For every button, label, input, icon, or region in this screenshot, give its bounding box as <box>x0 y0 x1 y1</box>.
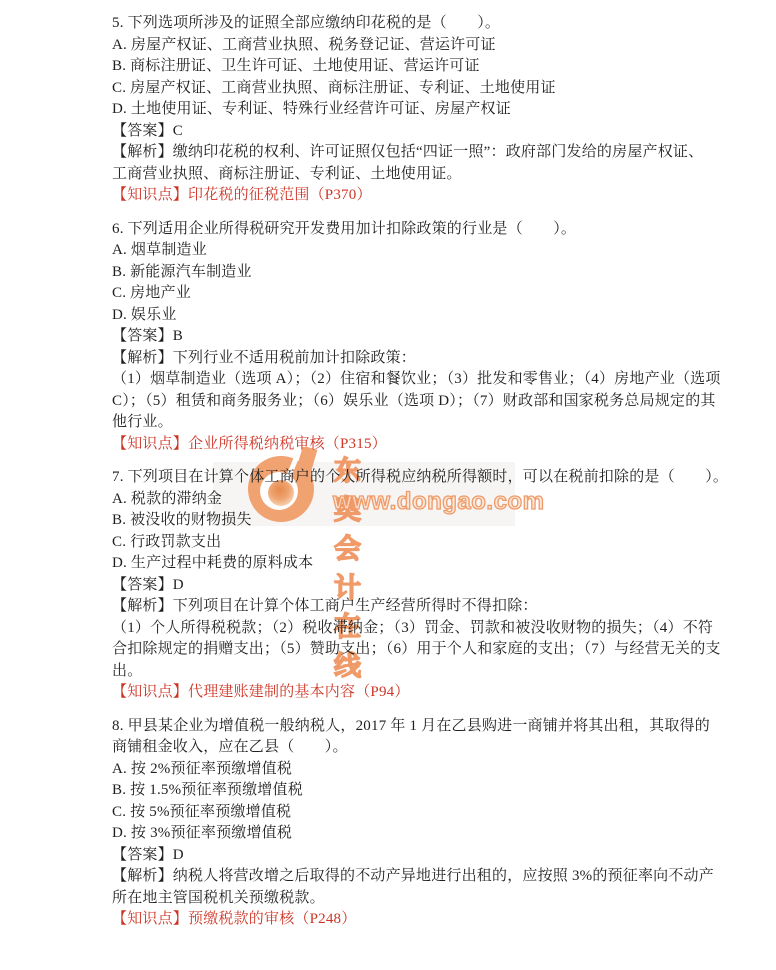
answer-line: 【答案】B <box>112 326 692 348</box>
option-a: A. 烟草制造业 <box>112 240 692 262</box>
knowledge-point-line: 【知识点】企业所得税纳税审核（P315） <box>112 434 692 456</box>
analysis-continuation: C）；（5）租赁和商务服务业；（6）娱乐业（选项 D）；（7）财政部和国家税务总… <box>112 391 692 413</box>
answer-line: 【答案】D <box>112 575 692 597</box>
option-b: B. 商标注册证、卫生许可证、土地使用证、营运许可证 <box>112 56 692 78</box>
option-b: B. 被没收的财物损失 <box>112 510 692 532</box>
question-block-7: 7. 下列项目在计算个体工商户的个人所得税应纳税所得额时，可以在税前扣除的是（ … <box>112 467 692 704</box>
question-stem: 7. 下列项目在计算个体工商户的个人所得税应纳税所得额时，可以在税前扣除的是（ … <box>112 467 692 489</box>
analysis-line: 【解析】缴纳印花税的权利、许可证照仅包括“四证一照”：政府部门发给的房屋产权证、 <box>112 142 692 164</box>
option-c: C. 行政罚款支出 <box>112 532 692 554</box>
option-a: A. 按 2%预征率预缴增值税 <box>112 759 692 781</box>
option-d: D. 娱乐业 <box>112 305 692 327</box>
analysis-continuation: 他行业。 <box>112 412 692 434</box>
option-a: A. 房屋产权证、工商营业执照、税务登记证、营运许可证 <box>112 35 692 57</box>
analysis-continuation: 出。 <box>112 661 692 683</box>
knowledge-point-line: 【知识点】印花税的征税范围（P370） <box>112 185 692 207</box>
analysis-continuation: 合扣除规定的捐赠支出；（5）赞助支出；（6）用于个人和家庭的支出；（7）与经营无… <box>112 639 692 661</box>
question-stem: 5. 下列选项所涉及的证照全部应缴纳印花税的是（ ）。 <box>112 13 692 35</box>
analysis-continuation: （1）烟草制造业（选项 A）；（2）住宿和餐饮业；（3）批发和零售业；（4）房地… <box>112 369 692 391</box>
question-stem-continued: 商铺租金收入，应在乙县（ ）。 <box>112 737 692 759</box>
option-c: C. 房地产业 <box>112 283 692 305</box>
analysis-continuation: （1）个人所得税税款；（2）税收滞纳金；（3）罚金、罚款和被没收财物的损失；（4… <box>112 618 692 640</box>
analysis-continuation: 所在地主管国税机关预缴税款。 <box>112 888 692 910</box>
option-d: D. 土地使用证、专利证、特殊行业经营许可证、房屋产权证 <box>112 99 692 121</box>
option-c: C. 按 5%预征率预缴增值税 <box>112 802 692 824</box>
knowledge-point-line: 【知识点】代理建账建制的基本内容（P94） <box>112 682 692 704</box>
question-block-6: 6. 下列适用企业所得税研究开发费用加计扣除政策的行业是（ ）。 A. 烟草制造… <box>112 219 692 456</box>
answer-line: 【答案】C <box>112 121 692 143</box>
option-d: D. 生产过程中耗费的原料成本 <box>112 553 692 575</box>
knowledge-point-line: 【知识点】预缴税款的审核（P248） <box>112 909 692 931</box>
document-page: 5. 下列选项所涉及的证照全部应缴纳印花税的是（ ）。 A. 房屋产权证、工商营… <box>112 13 692 943</box>
option-b: B. 按 1.5%预征率预缴增值税 <box>112 780 692 802</box>
option-b: B. 新能源汽车制造业 <box>112 262 692 284</box>
analysis-line: 【解析】下列项目在计算个体工商户生产经营所得时不得扣除： <box>112 596 692 618</box>
question-stem: 8. 甲县某企业为增值税一般纳税人，2017 年 1 月在乙县购进一商铺并将其出… <box>112 716 692 738</box>
answer-line: 【答案】D <box>112 845 692 867</box>
question-block-5: 5. 下列选项所涉及的证照全部应缴纳印花税的是（ ）。 A. 房屋产权证、工商营… <box>112 13 692 207</box>
option-c: C. 房屋产权证、工商营业执照、商标注册证、专利证、土地使用证 <box>112 78 692 100</box>
option-a: A. 税款的滞纳金 <box>112 489 692 511</box>
analysis-line: 【解析】纳税人将营改增之后取得的不动产异地进行出租的，应按照 3%的预征率向不动… <box>112 866 692 888</box>
question-stem: 6. 下列适用企业所得税研究开发费用加计扣除政策的行业是（ ）。 <box>112 219 692 241</box>
question-block-8: 8. 甲县某企业为增值税一般纳税人，2017 年 1 月在乙县购进一商铺并将其出… <box>112 716 692 931</box>
analysis-line: 【解析】下列行业不适用税前加计扣除政策： <box>112 348 692 370</box>
analysis-continuation: 工商营业执照、商标注册证、专利证、土地使用证。 <box>112 164 692 186</box>
option-d: D. 按 3%预征率预缴增值税 <box>112 823 692 845</box>
